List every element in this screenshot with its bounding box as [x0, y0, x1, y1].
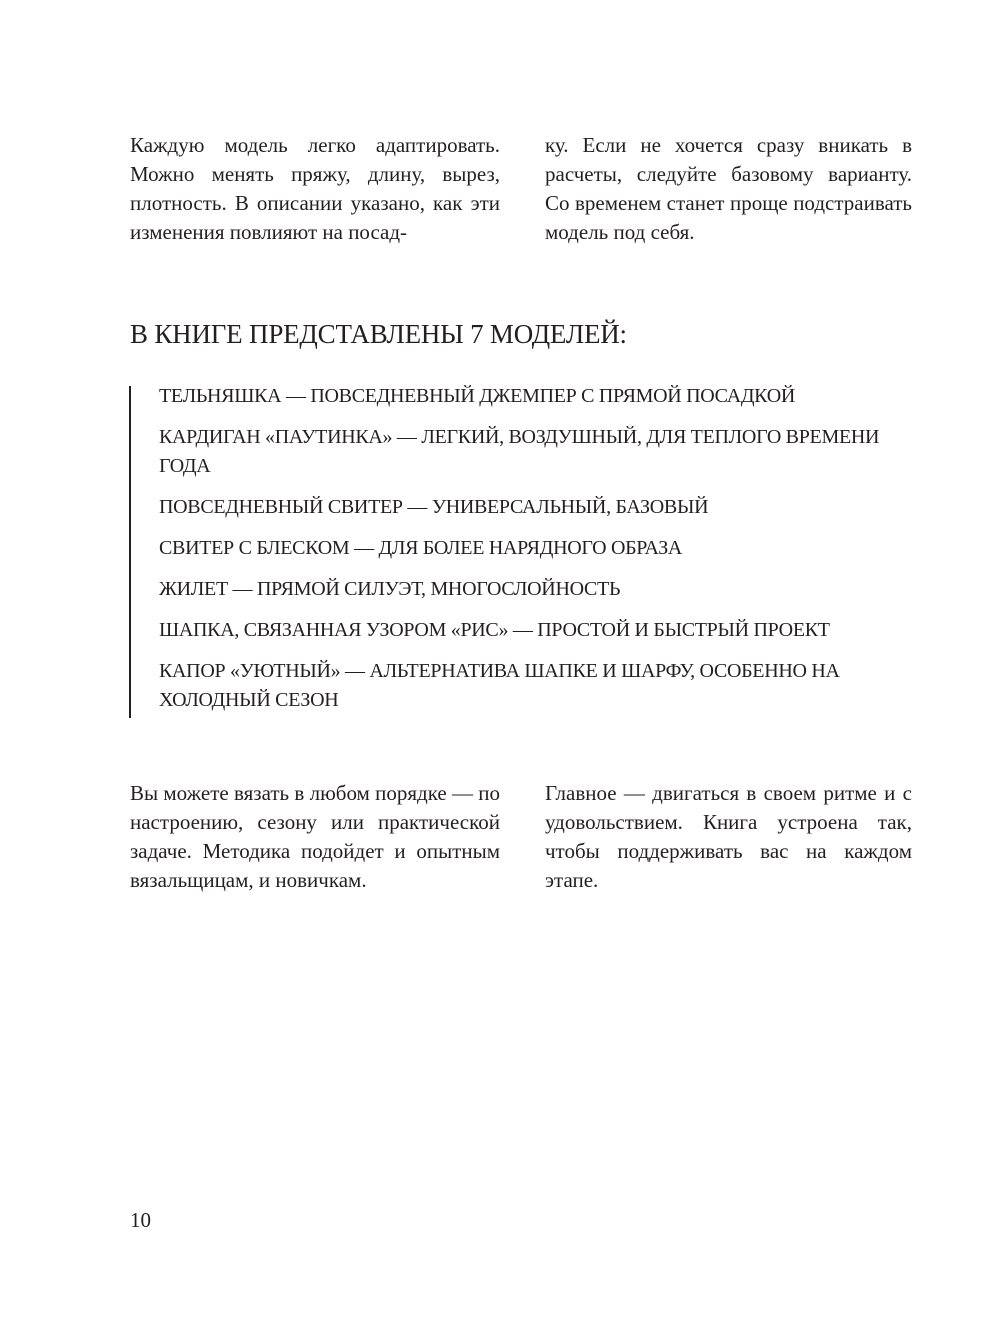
outro-text-left: Вы можете вязать в любом порядке — по на… [130, 779, 500, 895]
models-heading: В КНИГЕ ПРЕДСТАВЛЕНЫ 7 МОДЕЛЕЙ: [130, 318, 627, 350]
outro-paragraph-right: Главное — двигаться в своем ритме и с уд… [545, 779, 912, 895]
intro-paragraph-right: ку. Если не хочется сразу вникать в расч… [545, 131, 912, 247]
model-item-everyday-sweater: ПОВСЕДНЕВНЫЙ СВИТЕР — УНИВЕРСАЛЬНЫЙ, БАЗ… [159, 493, 921, 522]
model-item-cardigan: КАРДИГАН «ПАУТИНКА» — ЛЕГКИЙ, ВОЗДУШНЫЙ,… [159, 423, 921, 481]
models-list-block: ТЕЛЬНЯШКА — ПОВСЕДНЕВНЫЙ ДЖЕМПЕР С ПРЯМО… [129, 386, 921, 718]
intro-paragraph-left: Каждую модель легко адаптировать. Можно … [130, 131, 500, 247]
model-item-sparkle-sweater: СВИТЕР С БЛЕСКОМ — ДЛЯ БОЛЕЕ НАРЯДНОГО О… [159, 534, 921, 563]
intro-text-left: Каждую модель легко адаптировать. Можно … [130, 131, 500, 247]
page-number: 10 [130, 1206, 151, 1234]
model-item-telnyashka: ТЕЛЬНЯШКА — ПОВСЕДНЕВНЫЙ ДЖЕМПЕР С ПРЯМО… [159, 382, 921, 411]
outro-text-right: Главное — двигаться в своем ритме и с уд… [545, 779, 912, 895]
model-item-vest: ЖИЛЕТ — ПРЯМОЙ СИЛУЭТ, МНОГОСЛОЙНОСТЬ [159, 575, 921, 604]
model-item-hood: КАПОР «УЮТНЫЙ» — АЛЬТЕРНАТИВА ШАПКЕ И ША… [159, 657, 921, 715]
models-list: ТЕЛЬНЯШКА — ПОВСЕДНЕВНЫЙ ДЖЕМПЕР С ПРЯМО… [131, 382, 921, 727]
outro-paragraph-left: Вы можете вязать в любом порядке — по на… [130, 779, 500, 895]
intro-text-right: ку. Если не хочется сразу вникать в расч… [545, 131, 912, 247]
model-item-hat: ШАПКА, СВЯЗАННАЯ УЗОРОМ «РИС» — ПРОСТОЙ … [159, 616, 921, 645]
